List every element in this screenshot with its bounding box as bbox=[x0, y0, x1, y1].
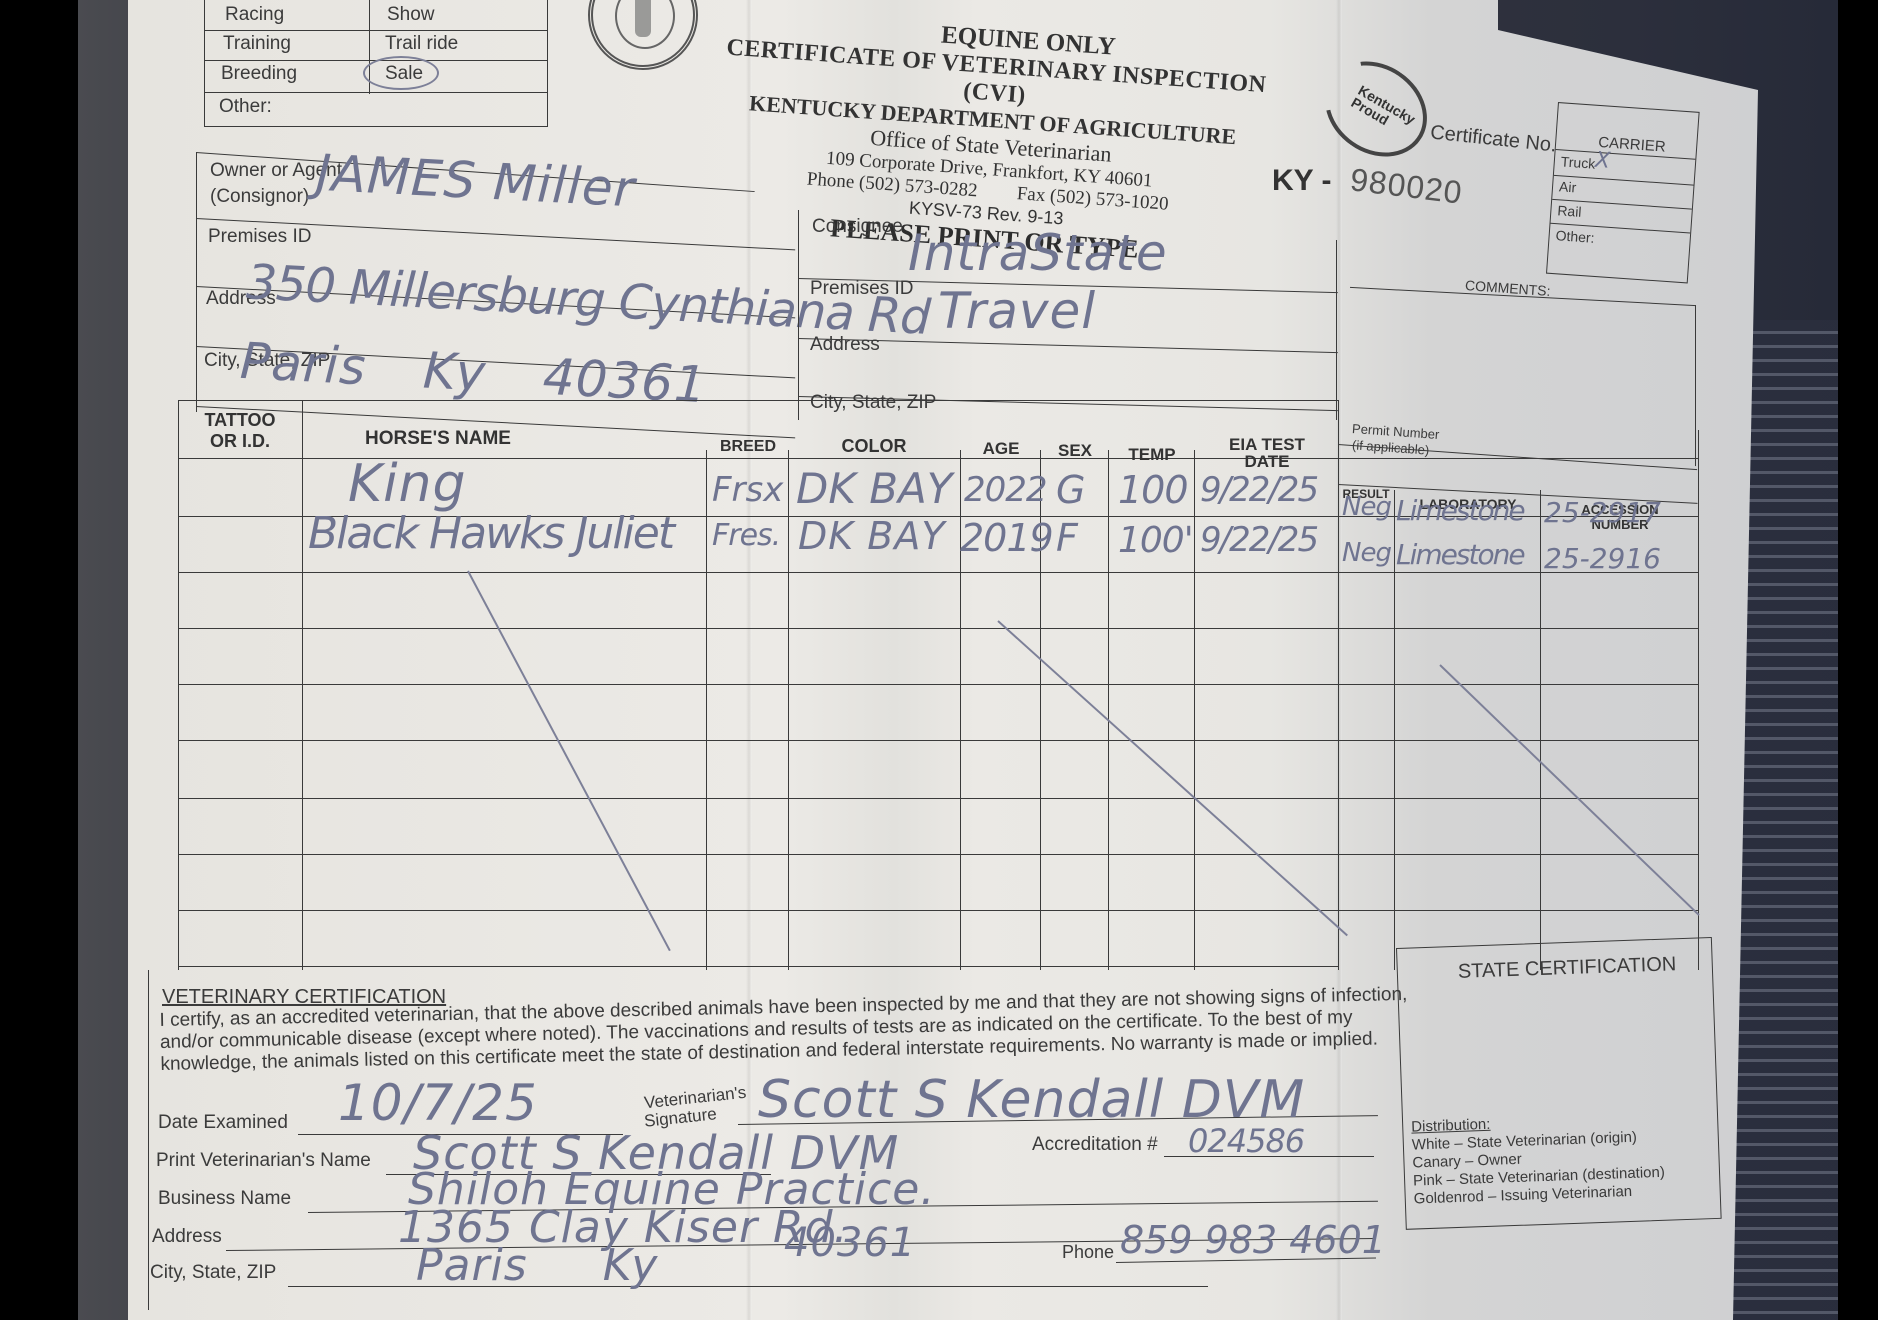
owner-value[interactable]: JAMES Miller bbox=[315, 144, 637, 219]
row-line bbox=[178, 798, 1698, 799]
right-black-band bbox=[1838, 0, 1878, 1320]
vet-address-label: Address bbox=[152, 1226, 222, 1248]
col-header-color: COLOR bbox=[790, 438, 958, 455]
distribution-list: Distribution: White – State Veterinarian… bbox=[1411, 1110, 1666, 1209]
state-certification-box: STATE CERTIFICATION Distribution: White … bbox=[1396, 937, 1722, 1230]
consignee-premises-value[interactable]: Travel bbox=[938, 282, 1096, 340]
table-row[interactable]: Black Hawks Juliet Fres. DK BAY 2019 F 1… bbox=[178, 516, 1698, 574]
print-name-label: Print Veterinarian's Name bbox=[156, 1150, 371, 1172]
horse-table: TATTOO OR I.D. HORSE'S NAME BREED COLOR … bbox=[178, 400, 1708, 970]
header-top-line bbox=[178, 400, 1338, 401]
col-header-horse-name: HORSE'S NAME bbox=[308, 430, 568, 447]
carrier-box: CARRIER Truck X Air Rail Other: bbox=[1546, 102, 1700, 283]
breed-cell[interactable]: Fres. bbox=[712, 518, 780, 553]
consignor-premises-label: Premises ID bbox=[208, 226, 311, 248]
temp-cell[interactable]: 100' bbox=[1118, 520, 1193, 561]
row-line bbox=[178, 854, 1698, 855]
sale-selected-circle bbox=[363, 56, 439, 90]
left-black-band bbox=[0, 0, 78, 1320]
color-cell[interactable]: DK BAY bbox=[796, 464, 952, 513]
purpose-of-movement-box: Racing Show Training Trail ride Breeding… bbox=[204, 0, 548, 127]
col-header-tattoo: TATTOO OR I.D. bbox=[188, 410, 292, 452]
seal-figure bbox=[635, 0, 651, 37]
veterinary-certification-section: VETERINARY CERTIFICATION I certify, as a… bbox=[148, 970, 1388, 1320]
col-line bbox=[798, 210, 799, 420]
purpose-option-trail-ride[interactable]: Trail ride bbox=[385, 33, 458, 55]
temp-cell[interactable]: 100 bbox=[1118, 468, 1188, 512]
col-header-tattoo-2: OR I.D. bbox=[188, 431, 292, 452]
carrier-option-air[interactable]: Air bbox=[1559, 178, 1577, 195]
breed-cell[interactable]: Frsx bbox=[712, 470, 783, 510]
section-left-border bbox=[148, 970, 149, 1310]
row-line bbox=[178, 966, 1338, 967]
accreditation-value[interactable]: 024586 bbox=[1188, 1122, 1304, 1160]
row-line bbox=[178, 910, 1698, 911]
age-cell[interactable]: 2022 bbox=[964, 470, 1047, 510]
carrier-option-rail[interactable]: Rail bbox=[1557, 202, 1582, 220]
accession-cell[interactable]: 25-2916 bbox=[1544, 542, 1661, 575]
owner-label-2: (Consignor) bbox=[210, 186, 309, 208]
vet-phone-value[interactable]: 859 983 4601 bbox=[1120, 1218, 1386, 1262]
eia-date-cell[interactable]: 9/22/25 bbox=[1200, 520, 1317, 560]
sex-cell[interactable]: F bbox=[1056, 516, 1079, 560]
horse-name-cell[interactable]: Black Hawks Juliet bbox=[308, 508, 673, 559]
vet-city-value[interactable]: Paris Ky bbox=[416, 1240, 658, 1291]
col-header-eia-1: EIA TEST bbox=[1196, 436, 1338, 453]
purpose-option-training[interactable]: Training bbox=[223, 33, 291, 55]
void-strike-line bbox=[997, 620, 1348, 936]
carrier-truck-checkmark: X bbox=[1594, 148, 1612, 174]
carrier-option-truck[interactable]: Truck bbox=[1560, 153, 1596, 171]
consignee-value[interactable]: IntraState bbox=[908, 224, 1168, 282]
vet-city-label: City, State, ZIP bbox=[150, 1262, 276, 1284]
laboratory-cell[interactable]: Limestone bbox=[1396, 538, 1524, 571]
state-cert-heading: STATE CERTIFICATION bbox=[1457, 953, 1676, 984]
consignee-premises-label: Premises ID bbox=[810, 278, 913, 300]
color-cell[interactable]: DK BAY bbox=[798, 514, 946, 558]
consignee-section: Consignee IntraState Premises ID Travel … bbox=[798, 210, 1338, 420]
eia-date-cell[interactable]: 9/22/25 bbox=[1200, 470, 1317, 510]
business-name-label: Business Name bbox=[158, 1188, 291, 1210]
void-strike-line bbox=[1439, 664, 1699, 916]
col-header-sex: SEX bbox=[1042, 442, 1108, 459]
purpose-option-breeding[interactable]: Breeding bbox=[221, 63, 297, 85]
result-cell[interactable]: Neg bbox=[1342, 538, 1391, 568]
accreditation-label: Accreditation # bbox=[1032, 1134, 1158, 1156]
purpose-option-racing[interactable]: Racing bbox=[225, 4, 284, 26]
vet-phone-label: Phone bbox=[1062, 1242, 1114, 1263]
veterinarian-signature[interactable]: Scott S Kendall DVM bbox=[758, 1070, 1305, 1130]
purpose-other-label: Other: bbox=[219, 96, 272, 118]
row-line bbox=[178, 684, 1698, 685]
horse-name-cell[interactable]: King bbox=[348, 454, 467, 514]
certificate-prefix: KY - bbox=[1272, 164, 1331, 198]
vet-zip-value[interactable]: 40361 bbox=[784, 1220, 916, 1266]
carrier-option-other[interactable]: Other: bbox=[1555, 227, 1595, 246]
row-line bbox=[178, 740, 1698, 741]
date-examined-label: Date Examined bbox=[158, 1112, 288, 1134]
col-line bbox=[1336, 240, 1337, 420]
consignee-address-label: Address bbox=[810, 334, 880, 356]
consignor-section: Owner or Agent (Consignor) JAMES Miller … bbox=[196, 152, 796, 412]
col-header-age: AGE bbox=[962, 440, 1040, 457]
age-cell[interactable]: 2019 bbox=[960, 516, 1053, 560]
date-examined-value[interactable]: 10/7/25 bbox=[338, 1074, 538, 1132]
sex-cell[interactable]: G bbox=[1056, 468, 1086, 512]
col-header-tattoo-1: TATTOO bbox=[188, 410, 292, 431]
col-line bbox=[196, 152, 197, 412]
consignee-label: Consignee bbox=[812, 216, 903, 238]
row-line bbox=[178, 628, 1698, 629]
col-line bbox=[1698, 430, 1699, 970]
col-header-breed: BREED bbox=[708, 438, 788, 455]
purpose-row-line bbox=[205, 92, 547, 93]
purpose-row-line bbox=[205, 30, 547, 31]
purpose-option-show[interactable]: Show bbox=[387, 4, 435, 26]
